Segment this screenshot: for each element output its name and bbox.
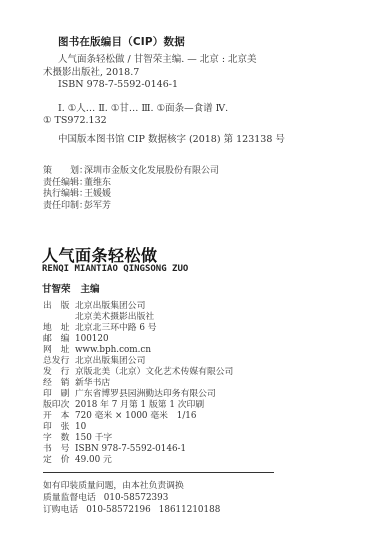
info-value: 京版北美（北京）文化艺术传媒有限公司: [75, 367, 233, 378]
info-row: 定 价49.00 元: [43, 455, 233, 466]
cip-verification-number: 中国版本图书馆 CIP 数据核字 (2018) 第 123138 号: [58, 131, 285, 145]
info-value: 150 千字: [75, 433, 112, 444]
supervision-label: 质量监督电话: [43, 493, 96, 503]
info-row: 网 址www.bph.com.cn: [43, 345, 233, 356]
credit-value: 深圳市金版文化发展股份有限公司: [84, 166, 219, 178]
separator-line: [43, 472, 274, 473]
cip-entry-line2: 术摄影出版社, 2018.7: [43, 67, 258, 80]
info-label: 经 销: [43, 378, 75, 389]
info-row: 出 版北京出版集团公司: [43, 301, 233, 312]
info-label: 邮 编: [43, 334, 75, 345]
website-link[interactable]: www.bph.com.cn: [75, 345, 151, 356]
cip-entry-line1: 人气面条轻松做 / 甘智荣主编. — 北京 : 北京美: [43, 54, 258, 67]
price-value: 49.00 元: [75, 455, 112, 466]
credit-label: 执行编辑：: [43, 189, 84, 201]
info-label: 开 本: [43, 411, 75, 422]
cip-heading: 图书在版编目（CIP）数据: [58, 34, 185, 49]
supervision-phone: 010-58572393: [104, 493, 169, 503]
credit-label: 责任印制：: [43, 201, 84, 213]
info-value: 北京出版集团公司: [75, 301, 145, 312]
cip-record: 人气面条轻松做 / 甘智荣主编. — 北京 : 北京美 术摄影出版社, 2018…: [43, 54, 258, 128]
info-label: 网 址: [43, 345, 75, 356]
cip-classification-line2: ① TS972.132: [43, 115, 258, 128]
info-row: 地 址北京北三环中路 6 号: [43, 323, 233, 334]
info-row: 邮 编100120: [43, 334, 233, 345]
editor-role: 主编: [81, 284, 100, 295]
credit-row: 执行编辑： 王媛媛: [43, 189, 219, 201]
credits-list: 策 划： 深圳市金版文化发展股份有限公司 责任编辑： 董维东 执行编辑： 王媛媛…: [43, 166, 219, 212]
credit-label: 责任编辑：: [43, 178, 84, 190]
cip-isbn: ISBN 978-7-5592-0146-1: [43, 79, 258, 92]
credit-row: 责任印制： 彭军芳: [43, 201, 219, 213]
order-label: 订购电话: [43, 505, 78, 515]
info-value: 北京北三环中路 6 号: [75, 323, 157, 334]
order-phone-1: 010-58572196: [86, 505, 151, 515]
cip-classification-line1: Ⅰ. ①人… Ⅱ. ①甘… Ⅲ. ①面条—食谱 Ⅳ.: [43, 103, 258, 116]
info-label: 地 址: [43, 323, 75, 334]
credit-value: 王媛媛: [84, 189, 111, 201]
quality-notice: 如有印装质量问题，由本社负责调换: [43, 480, 220, 492]
info-label: 字 数: [43, 433, 75, 444]
supervision-phone-row: 质量监督电话010-58572393: [43, 492, 220, 504]
info-label: [43, 312, 75, 323]
credit-value: 董维东: [84, 178, 111, 190]
credit-row: 策 划： 深圳市金版文化发展股份有限公司: [43, 166, 219, 178]
info-label: 印 刷: [43, 389, 75, 400]
info-label: 定 价: [43, 455, 75, 466]
info-value: 100120: [75, 334, 109, 345]
info-row: 经 销新华书店: [43, 378, 233, 389]
notice-block: 如有印装质量问题，由本社负责调换 质量监督电话010-58572393 订购电话…: [43, 480, 220, 516]
info-row: 北京美术摄影出版社: [43, 312, 233, 323]
info-value: 北京美术摄影出版社: [75, 312, 154, 323]
book-editor: 甘智荣主编: [42, 281, 100, 295]
order-phone-row: 订购电话010-5857219618611210188: [43, 504, 220, 516]
info-row: 印 张10: [43, 422, 233, 433]
info-label: 书 号: [43, 444, 75, 455]
info-row: 字 数150 千字: [43, 433, 233, 444]
book-title: 人气面条轻松做: [42, 243, 158, 266]
info-value: ISBN 978-7-5592-0146-1: [75, 444, 186, 455]
info-value: 720 毫米 × 1000 毫米 1/16: [75, 411, 196, 422]
info-value: 北京出版集团公司: [75, 356, 145, 367]
info-row: 开 本720 毫米 × 1000 毫米 1/16: [43, 411, 233, 422]
info-label: 版印次: [43, 400, 75, 411]
info-row: 版印次2018 年 7 月第 1 版第 1 次印刷: [43, 400, 233, 411]
info-label: 出 版: [43, 301, 75, 312]
credit-value: 彭军芳: [84, 201, 111, 213]
info-row: 总发行北京出版集团公司: [43, 356, 233, 367]
credit-label: 策 划：: [43, 166, 84, 178]
credit-row: 责任编辑： 董维东: [43, 178, 219, 190]
info-value: 广东省博罗县园洲勤达印务有限公司: [75, 389, 216, 400]
info-value: 新华书店: [75, 378, 110, 389]
editor-name: 甘智荣: [42, 284, 71, 295]
info-label: 发 行: [43, 367, 75, 378]
info-value: 10: [75, 422, 86, 433]
info-row: 印 刷广东省博罗县园洲勤达印务有限公司: [43, 389, 233, 400]
publication-info: 出 版北京出版集团公司 北京美术摄影出版社 地 址北京北三环中路 6 号 邮 编…: [43, 301, 233, 466]
info-value: 2018 年 7 月第 1 版第 1 次印刷: [75, 400, 204, 411]
info-row: 发 行京版北美（北京）文化艺术传媒有限公司: [43, 367, 233, 378]
info-label: 总发行: [43, 356, 75, 367]
info-label: 印 张: [43, 422, 75, 433]
book-title-pinyin: RENQI MIANTIAO QINGSONG ZUO: [42, 264, 188, 274]
info-row: 书 号ISBN 978-7-5592-0146-1: [43, 444, 233, 455]
order-phone-2: 18611210188: [159, 505, 221, 515]
